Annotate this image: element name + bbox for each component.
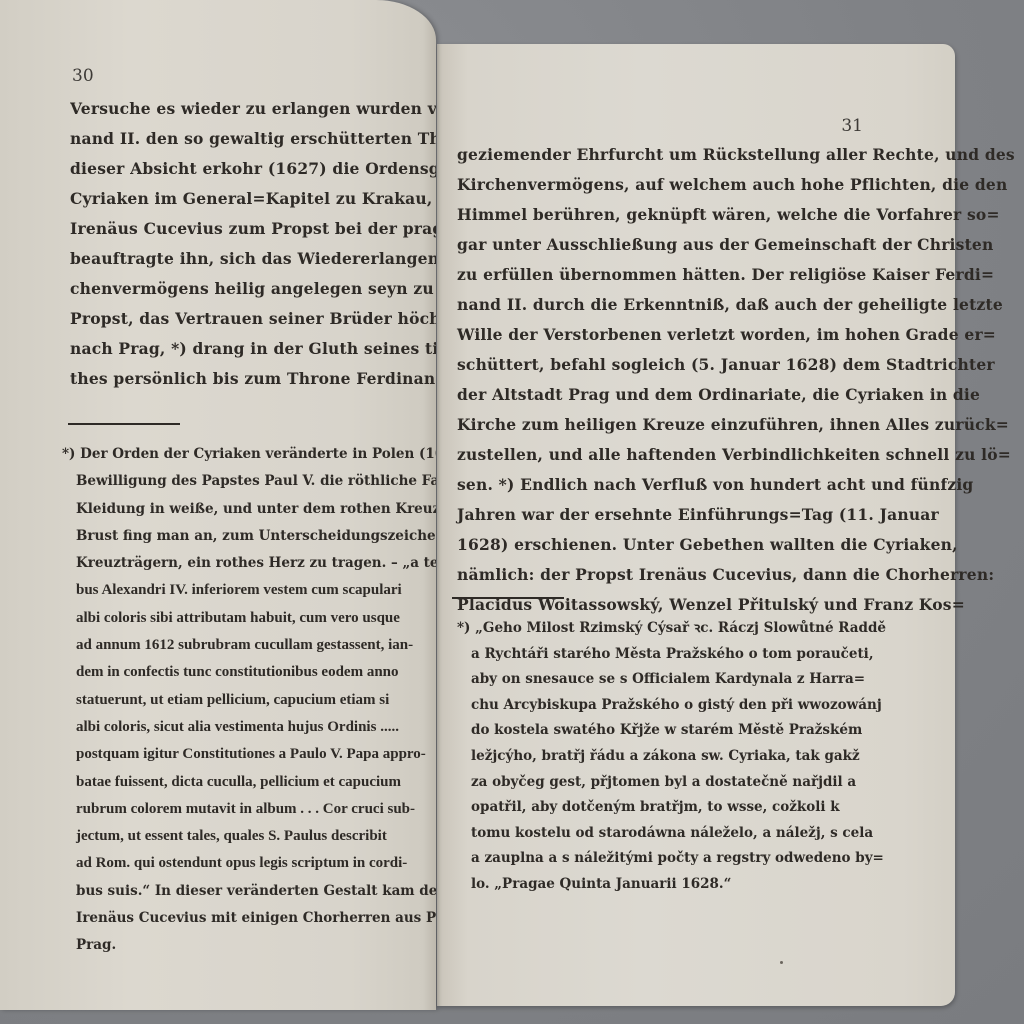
footnote-line: rubrum colorem mutavit in album . . . Co… xyxy=(62,796,436,823)
text-line: zu erfüllen übernommen hätten. Der relig… xyxy=(457,260,907,290)
text-line: Irenäus Cucevius zum Propst bei der prag… xyxy=(70,214,436,244)
footnote-line: Irenäus Cucevius mit einigen Chorherren … xyxy=(62,905,436,932)
right-page: 31 geziemender Ehrfurcht um Rückstellung… xyxy=(437,44,955,1006)
footnote-line: ad Rom. qui ostendunt opus legis scriptu… xyxy=(62,850,436,877)
footnote-line: ad annum 1612 subrubram cucullam gestass… xyxy=(62,632,436,659)
footnote-line: Kleidung in weiße, und unter dem rothen … xyxy=(62,496,436,523)
text-line: 1628) erschienen. Unter Gebethen wallten… xyxy=(457,530,907,560)
footnote-line: albi coloris sibi attributam habuit, cum… xyxy=(62,605,436,632)
text-line: gar unter Ausschließung aus der Gemeinsc… xyxy=(457,230,907,260)
footnote-line: Prag. xyxy=(62,932,436,959)
text-line: geziemender Ehrfurcht um Rückstellung al… xyxy=(457,140,907,170)
text-line: Propst, das Vertrauen seiner Brüder höch… xyxy=(70,304,436,334)
text-line: sen. *) Endlich nach Verfluß von hundert… xyxy=(457,470,907,500)
footnote-line: do kostela swatého Křjže w starém Městě … xyxy=(457,718,907,744)
footnote-line: batae fuissent, dicta cuculla, pellicium… xyxy=(62,769,436,796)
footnote-line: albi coloris, sicut alia vestimenta huju… xyxy=(62,714,436,741)
footnote-line: ležjcýho, bratřj řádu a zákona sw. Cyria… xyxy=(457,744,907,770)
footnote-line: *) Der Orden der Cyriaken veränderte in … xyxy=(62,441,436,468)
text-line: beauftragte ihn, sich das Wiedererlangen… xyxy=(70,244,436,274)
footnote-line: za obyčeg gest, přjtomen byl a dostatečn… xyxy=(457,770,907,796)
right-page-footnote: *) „Geho Milost Rzimský Cýsař ꝛc. Ráczj … xyxy=(457,616,907,898)
text-line: Jahren war der ersehnte Einführungs=Tag … xyxy=(457,500,907,530)
text-line: Kirchenvermögens, auf welchem auch hohe … xyxy=(457,170,907,200)
text-line: nand II. durch die Erkenntniß, daß auch … xyxy=(457,290,907,320)
footnote-separator-rule xyxy=(68,423,180,425)
right-page-body: geziemender Ehrfurcht um Rückstellung al… xyxy=(457,140,907,620)
text-line: schüttert, befahl sogleich (5. Januar 16… xyxy=(457,350,907,380)
text-line: dieser Absicht erkohr (1627) die Ordensg… xyxy=(70,154,436,184)
footnote-line: bus suis.“ In dieser veränderten Gestalt… xyxy=(62,878,436,905)
text-line: Wille der Verstorbenen verletzt worden, … xyxy=(457,320,907,350)
footnote-line: opatřil, aby dotčeným bratřjm, to wsse, … xyxy=(457,795,907,821)
footnote-line: statuerunt, ut etiam pellicium, capucium… xyxy=(62,687,436,714)
text-line: Kirche zum heiligen Kreuze einzuführen, … xyxy=(457,410,907,440)
text-line: chenvermögens heilig angelegen seyn zu l… xyxy=(70,274,436,304)
footnote-line: a zauplna a s náležitými počty a regstry… xyxy=(457,846,907,872)
text-line: Versuche es wieder zu erlangen wurden ve… xyxy=(70,94,436,124)
footnote-line: *) „Geho Milost Rzimský Cýsař ꝛc. Ráczj … xyxy=(457,616,907,642)
text-line: thes persönlich bis zum Throne Ferdinand… xyxy=(70,364,436,394)
footnote-line: lo. „Pragae Quinta Januarii 1628.“ xyxy=(457,872,907,898)
footnote-line: aby on snesauce se s Officialem Kardynal… xyxy=(457,667,907,693)
footnote-separator-rule xyxy=(452,597,564,599)
footnote-line: a Rychtáři starého Města Pražského o tom… xyxy=(457,642,907,668)
footnote-line: bus Alexandri IV. inferiorem vestem cum … xyxy=(62,577,436,604)
text-line: Cyriaken im General=Kapitel zu Krakau, d… xyxy=(70,184,436,214)
text-line: zustellen, und alle haftenden Verbindlic… xyxy=(457,440,907,470)
footnote-line: Kreuzträgern, ein rothes Herz zu tragen.… xyxy=(62,550,436,577)
text-line: nämlich: der Propst Irenäus Cucevius, da… xyxy=(457,560,907,590)
left-page: 30 Versuche es wieder zu erlangen wurden… xyxy=(0,0,436,1010)
footnote-line: tomu kostelu od starodáwna náleželo, a n… xyxy=(457,821,907,847)
text-line: Himmel berühren, geknüpft wären, welche … xyxy=(457,200,907,230)
page-number-left: 30 xyxy=(72,66,94,86)
footnote-line: jectum, ut essent tales, quales S. Paulu… xyxy=(62,823,436,850)
text-line: nand II. den so gewaltig erschütterten T… xyxy=(70,124,436,154)
page-number-right: 31 xyxy=(841,116,863,136)
left-page-body: Versuche es wieder zu erlangen wurden ve… xyxy=(70,94,436,394)
footnote-line: chu Arcybiskupa Pražského o gistý den př… xyxy=(457,693,907,719)
text-line: nach Prag, *) drang in der Gluth seines … xyxy=(70,334,436,364)
paper-speck xyxy=(780,961,783,964)
text-line: der Altstadt Prag und dem Ordinariate, d… xyxy=(457,380,907,410)
footnote-line: postquam igitur Constitutiones a Paulo V… xyxy=(62,741,436,768)
footnote-line: Bewilligung des Papstes Paul V. die röth… xyxy=(62,468,436,495)
footnote-line: Brust fing man an, zum Unterscheidungsze… xyxy=(62,523,436,550)
left-page-footnote: *) Der Orden der Cyriaken veränderte in … xyxy=(62,441,436,960)
footnote-line: dem in confectis tunc constitutionibus e… xyxy=(62,659,436,686)
